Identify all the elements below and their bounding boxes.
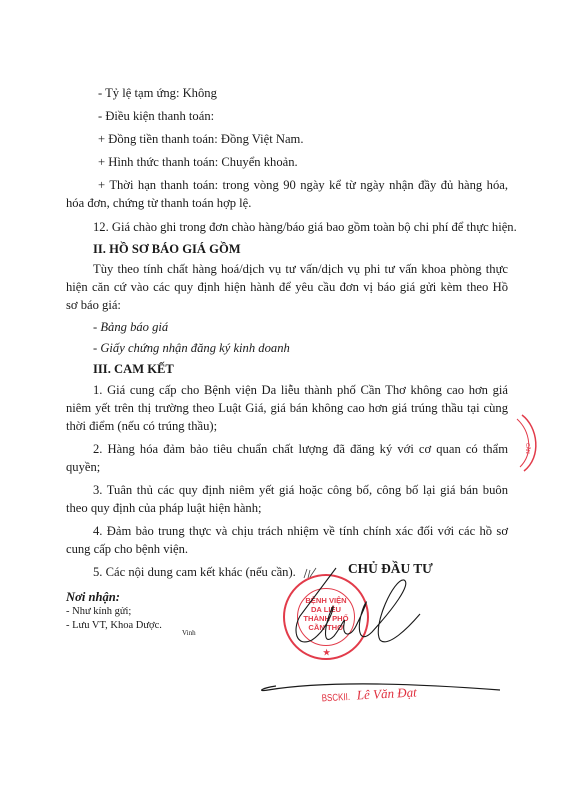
edge-stamp-fragment: CẦN [512,413,552,473]
signer-prefix: BSCKII. [321,692,350,704]
document-page: - Tỷ lệ tạm ứng: Không - Điều kiện thanh… [0,0,564,800]
signer-full-name: Lê Văn Đạt [356,684,417,702]
handwritten-signature [0,0,564,800]
svg-text:CẦN: CẦN [524,443,531,454]
